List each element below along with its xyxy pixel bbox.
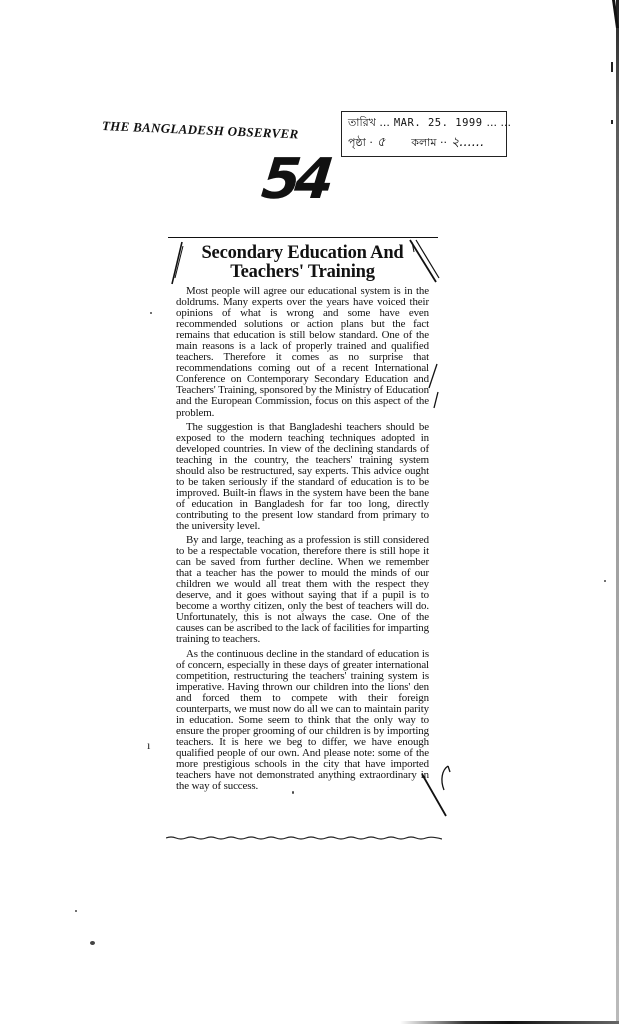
margin-tick-mark xyxy=(420,760,454,820)
headline-line-1: Secondary Education And xyxy=(176,244,429,263)
scan-speck xyxy=(90,941,95,945)
archive-date-stamp: তারিখ ... MAR. 25. 1999 ... ... পৃষ্ঠা ·… xyxy=(341,111,507,157)
headline-line-2: Teachers' Training xyxy=(176,263,429,282)
scan-speck xyxy=(150,312,152,314)
stamp-page-value: ৫ xyxy=(377,133,385,153)
stamp-column-label: কলাম ·· xyxy=(411,133,447,153)
article: Secondary Education And Teachers' Traini… xyxy=(176,236,429,795)
margin-pen-mark xyxy=(426,362,440,412)
article-paragraph: As the continuous decline in the standar… xyxy=(176,649,429,793)
newspaper-name: THE BANGLADESH OBSERVER xyxy=(102,118,299,143)
stamp-page-label: পৃষ্ঠা · xyxy=(348,133,373,153)
article-paragraph: By and large, teaching as a profession i… xyxy=(176,535,429,645)
scan-speck xyxy=(292,791,294,794)
stamp-date-value: MAR. 25. 1999 xyxy=(394,113,483,133)
article-paragraph: Most people will agree our educational s… xyxy=(176,286,429,419)
stamp-date-row: তারিখ ... MAR. 25. 1999 ... ... xyxy=(348,113,500,133)
handwritten-page-number: 54 xyxy=(259,150,331,210)
stamp-page-row: পৃষ্ঠা · ৫ কলাম ·· ২...... xyxy=(348,133,500,153)
stamp-column-value: ২...... xyxy=(451,133,484,153)
margin-mark: ı xyxy=(147,738,150,753)
scan-speck xyxy=(611,62,613,72)
article-end-rule xyxy=(166,834,442,842)
scan-speck xyxy=(611,120,613,124)
article-paragraph: The suggestion is that Bangladeshi teach… xyxy=(176,422,429,532)
article-headline: Secondary Education And Teachers' Traini… xyxy=(176,244,429,282)
scan-speck xyxy=(75,910,77,912)
stamp-date-label: তারিখ ... xyxy=(348,113,390,133)
stamp-date-trailing: ... ... xyxy=(487,113,511,133)
scan-speck xyxy=(604,580,606,582)
